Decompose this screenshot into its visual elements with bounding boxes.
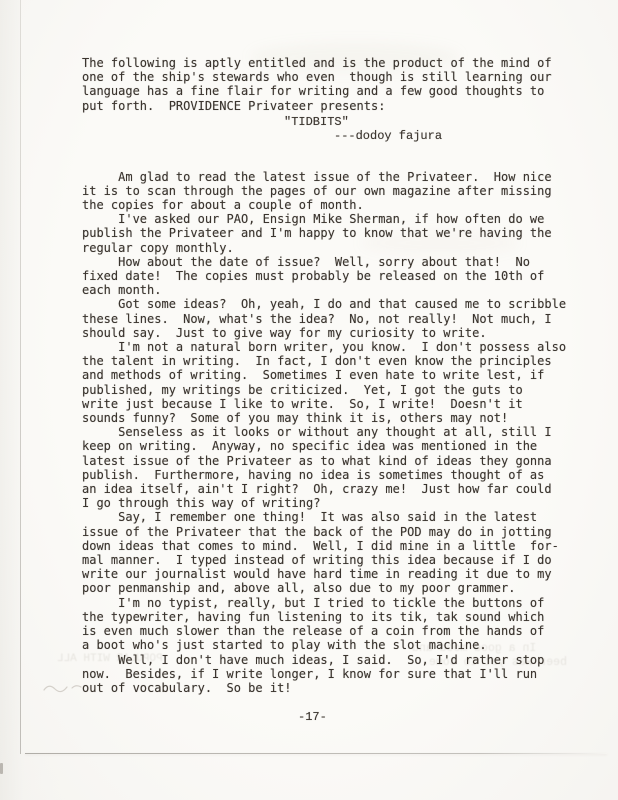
scan-edge-mark <box>0 763 3 774</box>
pencil-squiggle <box>42 681 84 695</box>
article-title: "TIDBITS" <box>284 115 349 129</box>
article-body: Am glad to read the latest issue of the … <box>82 170 566 696</box>
paper-left-edge <box>20 0 21 754</box>
page-number: -17- <box>298 710 327 724</box>
intro-paragraph: The following is aptly entitled and is t… <box>82 56 552 113</box>
article-byline: ---dodoy fajura <box>334 129 442 143</box>
scanner-background: In a good mood and beer was yet to come.… <box>0 0 618 800</box>
paper-bottom-edge <box>25 753 607 754</box>
